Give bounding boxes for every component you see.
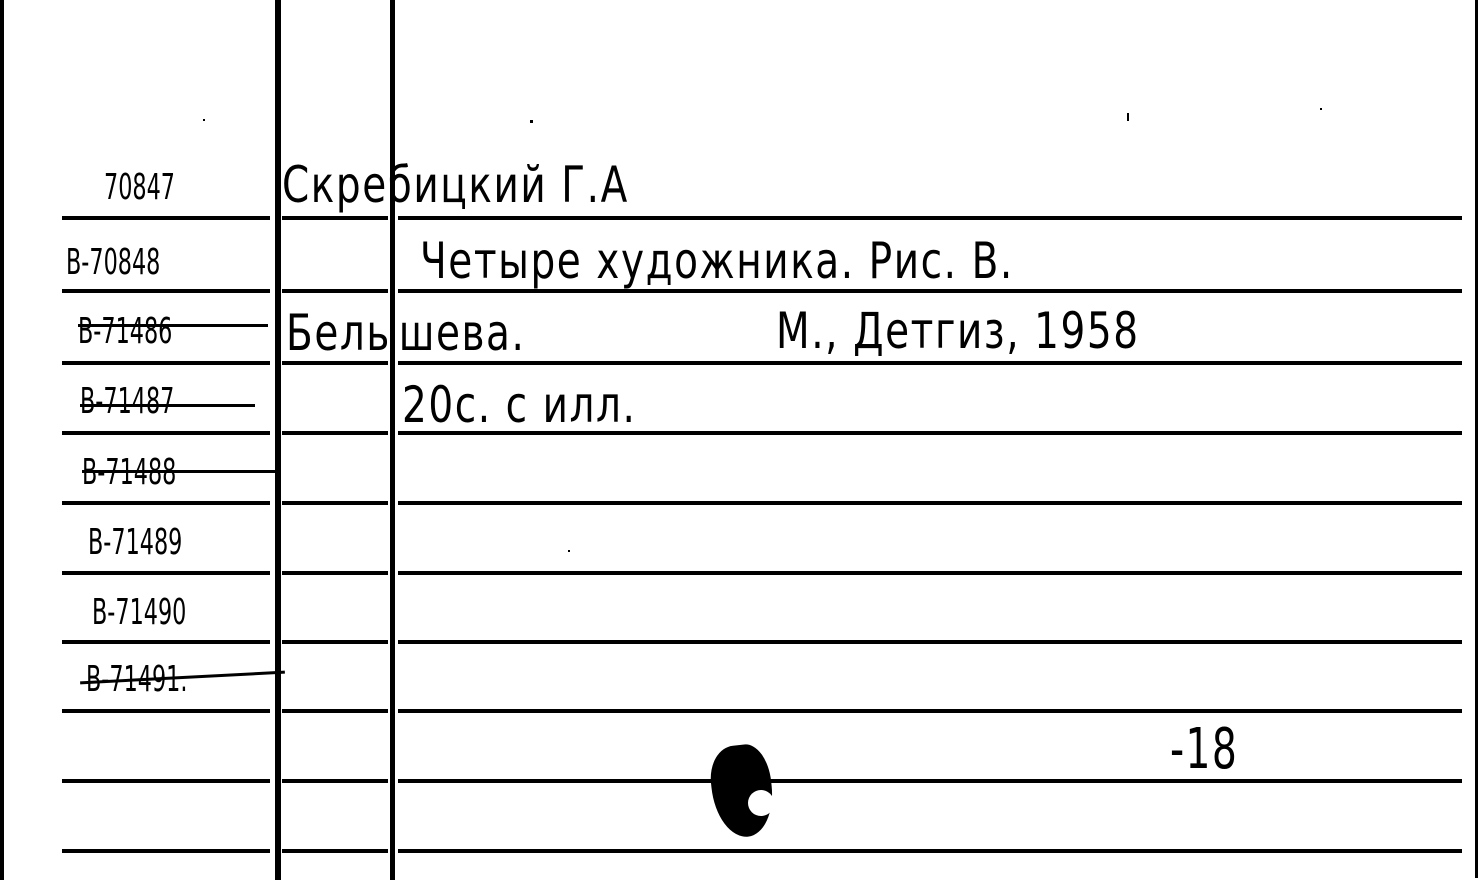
ruled-line — [62, 779, 270, 783]
scan-speck — [203, 119, 205, 121]
ruled-line — [282, 779, 388, 783]
page-mark: -18 — [1170, 722, 1238, 778]
ruled-line — [398, 849, 1462, 853]
collation-line: 20с. с илл. — [402, 380, 636, 430]
ink-blot-notch — [748, 790, 774, 816]
ruled-line — [62, 431, 270, 435]
ruled-line — [282, 289, 388, 293]
accession-number-struck: В-71486 — [78, 314, 172, 350]
accession-number: 70847 — [104, 170, 175, 206]
ruled-line — [282, 640, 388, 644]
ruled-line — [398, 216, 1462, 220]
scan-speck — [1320, 108, 1322, 110]
imprint-line: М., Детгиз, 1958 — [776, 306, 1140, 356]
ruled-line — [62, 640, 270, 644]
ruled-line — [282, 431, 388, 435]
scan-speck — [1127, 113, 1129, 121]
strikethrough — [82, 470, 277, 473]
ruled-line — [398, 501, 1462, 505]
author-heading: Скребицкий Г.А — [282, 160, 629, 210]
ruled-line — [282, 849, 388, 853]
accession-number-struck: В-71487 — [80, 384, 174, 420]
ruled-line — [398, 709, 1462, 713]
ruled-line — [62, 571, 270, 575]
ruled-line — [398, 779, 1462, 783]
scan-speck — [568, 550, 570, 552]
accession-number: В-71489 — [88, 525, 182, 561]
scan-speck — [530, 120, 533, 123]
ruled-line — [62, 501, 270, 505]
ruled-line — [62, 709, 270, 713]
accession-number: В-71490 — [92, 595, 186, 631]
strikethrough — [80, 404, 255, 407]
card-right-edge — [1475, 0, 1478, 878]
strikethrough — [78, 324, 268, 327]
illustrator-line: Белышева. — [286, 308, 525, 358]
title-line: Четыре художника. Рис. В. — [420, 236, 1014, 286]
ruled-line — [398, 361, 1462, 365]
ruled-line — [398, 571, 1462, 575]
ruled-line — [62, 361, 270, 365]
ruled-line — [282, 571, 388, 575]
accession-number-struck: В-71488 — [82, 455, 176, 491]
indent-column-rule — [390, 0, 395, 880]
card-left-edge — [0, 0, 4, 880]
accession-column-rule — [275, 0, 281, 880]
ruled-line — [62, 289, 270, 293]
ruled-line — [62, 216, 270, 220]
accession-number: В-70848 — [66, 245, 160, 281]
ruled-line — [398, 640, 1462, 644]
ruled-line — [282, 709, 388, 713]
ruled-line — [282, 501, 388, 505]
ruled-line — [62, 849, 270, 853]
catalog-card: 70847 В-70848 В-71486 В-71487 В-71488 В-… — [0, 0, 1480, 880]
ruled-line — [282, 216, 388, 220]
